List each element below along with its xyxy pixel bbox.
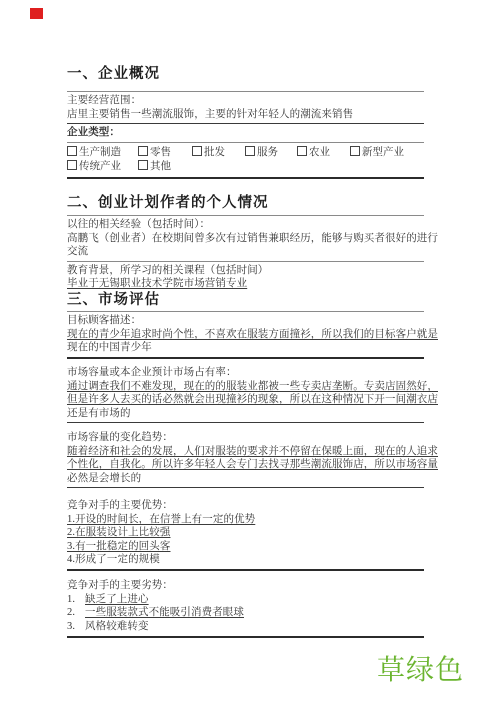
checkbox-retail[interactable]: 零售 [138, 146, 171, 160]
checkbox-wholesale[interactable]: 批发 [192, 146, 225, 160]
checkbox-service[interactable]: 服务 [245, 146, 278, 160]
education-label: 教育背景，所学习的相关课程（包括时间） [67, 262, 424, 278]
company-type-options-row-2: 传统产业 其他 [67, 160, 424, 179]
market-trend-line-3: 必然是会增长的 [67, 472, 424, 489]
experience-label: 以往的相关经验（包括时间）： [67, 216, 424, 232]
disadvantage-item-3: 3.风格较难转变 [67, 620, 424, 639]
checkbox-icon [350, 146, 360, 156]
advantages-label: 竞争对手的主要优势： [67, 499, 424, 513]
market-capacity-line-3: 还是有市场的 [67, 407, 424, 424]
checkbox-icon [67, 146, 77, 156]
market-capacity-line-2: 但是许多人去买的话必然就会出现撞衫的现象，所以在这种情况下开一间潮衣店 [67, 393, 424, 407]
checkbox-icon [67, 160, 77, 170]
advantage-item-3: 3.有一批稳定的回头客 [67, 540, 424, 554]
market-trend-line-2: 个性化，自我化。所以许多年轻人会专门去找寻那些潮流服饰店，所以市场容量 [67, 458, 424, 472]
checkbox-other[interactable]: 其他 [138, 160, 171, 174]
market-trend-line-1: 随着经济和社会的发展，人们对服装的要求并不停留在保暖上面，现在的人追求 [67, 445, 424, 459]
checkbox-icon [245, 146, 255, 156]
section-1-heading: 一、企业概况 [67, 62, 424, 83]
red-marker [30, 8, 43, 19]
market-capacity-block: 市场容量或本企业预计市场占有率： 通过调查我们不难发现，现在的的服装业都被一些专… [67, 366, 424, 423]
advantage-item-2: 2.在服装设计上比较强 [67, 526, 424, 540]
competitor-advantages-block: 竞争对手的主要优势： 1.开设的时间长，在信誉上有一定的优势 2.在服装设计上比… [67, 499, 424, 571]
checkbox-icon [297, 146, 307, 156]
target-customer-block: 目标顾客描述： 现在的青少年追求时尚个性，不喜欢在服装方面撞衫，所以我们的目标客… [67, 311, 424, 359]
document-page: 一、企业概况 主要经营范围： 店里主要销售一些潮流服饰，主要的针对年轻人的潮流来… [0, 0, 500, 707]
company-overview-table: 主要经营范围： 店里主要销售一些潮流服饰，主要的针对年轻人的潮流来销售 企业类型… [67, 91, 424, 179]
company-type-label: 企业类型： [67, 124, 424, 143]
personal-info-table: 以往的相关经验（包括时间）： 高鹏飞（创业者）在校期间曾多次有过销售兼职经历，能… [67, 215, 424, 291]
disadvantage-item-1: 1.缺乏了上进心 [67, 593, 424, 607]
target-customer-line-2: 现在的中国青少年 [67, 341, 424, 359]
green-watermark-text: 草绿色 [377, 653, 464, 687]
advantage-item-1: 1.开设的时间长，在信誉上有一定的优势 [67, 513, 424, 527]
experience-value-line-1: 高鹏飞（创业者）在校期间曾多次有过销售兼职经历，能够与购买者很好的进行 [67, 232, 424, 246]
scope-label: 主要经营范围： [67, 92, 424, 108]
checkbox-icon [138, 146, 148, 156]
market-capacity-label: 市场容量或本企业预计市场占有率： [67, 366, 424, 380]
disadvantages-label: 竞争对手的主要劣势： [67, 579, 424, 593]
competitor-disadvantages-block: 竞争对手的主要劣势： 1.缺乏了上进心 2.一些服装款式不能吸引消费者眼球 3.… [67, 579, 424, 638]
checkbox-manufacturing[interactable]: 生产制造 [67, 146, 121, 160]
market-capacity-line-1: 通过调查我们不难发现，现在的的服装业都被一些专卖店垄断。专卖店固然好， [67, 380, 424, 394]
advantage-item-4: 4.形成了一定的规模 [67, 553, 424, 571]
section-2-heading: 二、创业计划作者的个人情况 [67, 191, 424, 212]
experience-value-line-2: 交流 [67, 245, 424, 262]
scope-value: 店里主要销售一些潮流服饰，主要的针对年轻人的潮流来销售 [67, 108, 424, 125]
section-3-heading: 三、市场评估 [67, 288, 424, 309]
checkbox-icon [138, 160, 148, 170]
target-customer-line-1: 现在的青少年追求时尚个性，不喜欢在服装方面撞衫，所以我们的目标客户就是 [67, 328, 424, 342]
checkbox-new-industry[interactable]: 新型产业 [350, 146, 404, 160]
target-customer-label: 目标顾客描述： [67, 312, 424, 328]
market-trend-label: 市场容量的变化趋势： [67, 431, 424, 445]
checkbox-agriculture[interactable]: 农业 [297, 146, 330, 160]
market-trend-block: 市场容量的变化趋势： 随着经济和社会的发展，人们对服装的要求并不停留在保暖上面，… [67, 431, 424, 488]
checkbox-icon [192, 146, 202, 156]
company-type-options-row-1: 生产制造 零售 批发 服务 农业 新型产业 [67, 146, 424, 161]
checkbox-traditional-industry[interactable]: 传统产业 [67, 160, 121, 174]
disadvantage-item-2: 2.一些服装款式不能吸引消费者眼球 [67, 606, 424, 620]
